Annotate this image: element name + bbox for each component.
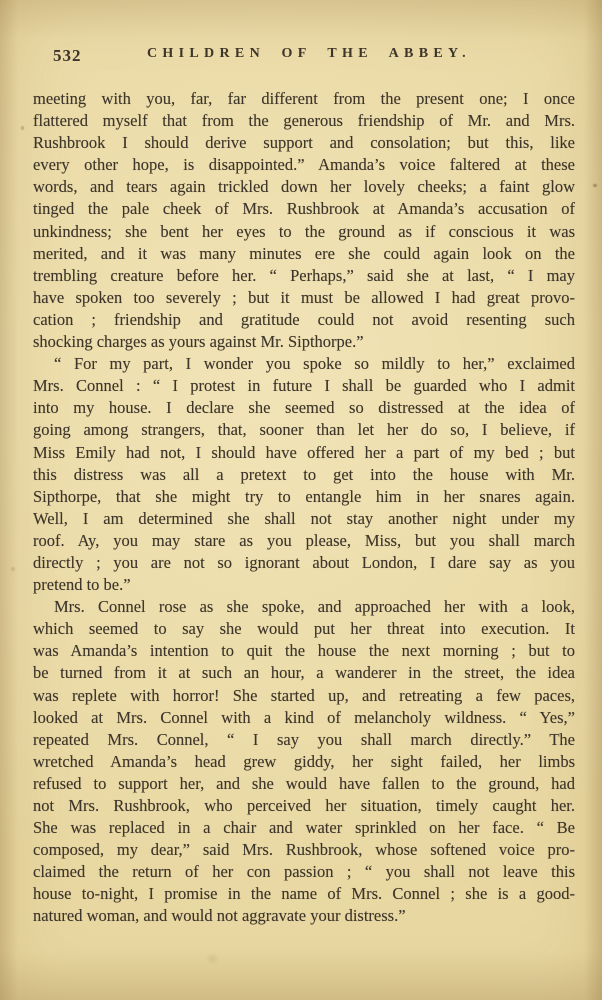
text-line: unkindness; she bent her eyes to the gro… xyxy=(33,221,575,243)
text-line: merited, and it was many minutes ere she… xyxy=(33,243,575,265)
text-line: shocking charges as yours against Mr. Si… xyxy=(33,331,575,353)
text-line: trembling creature before her. “ Perhaps… xyxy=(33,265,575,287)
text-line: into my house. I declare she seemed so d… xyxy=(33,397,575,419)
book-page: 532 CHILDREN OF THE ABBEY. meeting with … xyxy=(0,0,602,1000)
text-line: every other hope, is disappointed.” Aman… xyxy=(33,154,575,176)
text-line: claimed the return of her con passion ; … xyxy=(33,861,575,883)
paper-speck xyxy=(593,184,597,187)
text-line: not Mrs. Rushbrook, who perceived her si… xyxy=(33,795,575,817)
text-line: going among strangers, that, sooner than… xyxy=(33,419,575,441)
page-number: 532 xyxy=(53,46,82,66)
running-header-title: CHILDREN OF THE ABBEY. xyxy=(33,46,575,62)
text-line: tinged the pale cheek of Mrs. Rushbrook … xyxy=(33,198,575,220)
text-line: repeated Mrs. Connel, “ I say you shall … xyxy=(33,729,575,751)
body-text: meeting with you, far, far different fro… xyxy=(33,88,575,928)
running-header: 532 CHILDREN OF THE ABBEY. xyxy=(33,46,575,68)
text-line: have spoken too severely ; but it must b… xyxy=(33,287,575,309)
text-line: Sipthorpe, that she might try to entangl… xyxy=(33,486,575,508)
text-line: pretend to be.” xyxy=(33,574,575,596)
paper-stain xyxy=(208,955,217,962)
text-line: be turned from it at such an hour, a wan… xyxy=(33,662,575,684)
text-line: was replete with horror! She started up,… xyxy=(33,685,575,707)
paper-speck xyxy=(11,567,15,571)
text-line: Mrs. Connel : “ I protest in future I sh… xyxy=(33,375,575,397)
text-line: Mrs. Connel rose as she spoke, and appro… xyxy=(33,596,575,618)
paper-speck xyxy=(21,126,24,130)
text-line: Well, I am determined she shall not stay… xyxy=(33,508,575,530)
text-line: which seemed to say she would put her th… xyxy=(33,618,575,640)
text-line: Miss Emily had not, I should have offere… xyxy=(33,442,575,464)
text-line: roof. Ay, you may stare as you please, M… xyxy=(33,530,575,552)
text-line: directly ; you are not so ignorant about… xyxy=(33,552,575,574)
text-line: words, and tears again trickled down her… xyxy=(33,176,575,198)
text-line: “ For my part, I wonder you spoke so mil… xyxy=(33,353,575,375)
text-line: refused to support her, and she would ha… xyxy=(33,773,575,795)
text-line: natured woman, and would not aggravate y… xyxy=(33,905,575,927)
text-line: house to-night, I promise in the name of… xyxy=(33,883,575,905)
text-line: composed, my dear,” said Mrs. Rushbrook,… xyxy=(33,839,575,861)
text-line: was Amanda’s intention to quit the house… xyxy=(33,640,575,662)
text-line: looked at Mrs. Connel with a kind of mel… xyxy=(33,707,575,729)
text-line: wretched Amanda’s head grew giddy, her s… xyxy=(33,751,575,773)
text-line: She was replaced in a chair and water sp… xyxy=(33,817,575,839)
text-line: meeting with you, far, far different fro… xyxy=(33,88,575,110)
text-line: Rushbrook I should derive support and co… xyxy=(33,132,575,154)
text-line: cation ; friendship and gratitude could … xyxy=(33,309,575,331)
text-line: this distress was all a pretext to get i… xyxy=(33,464,575,486)
text-line: flattered myself that from the generous … xyxy=(33,110,575,132)
